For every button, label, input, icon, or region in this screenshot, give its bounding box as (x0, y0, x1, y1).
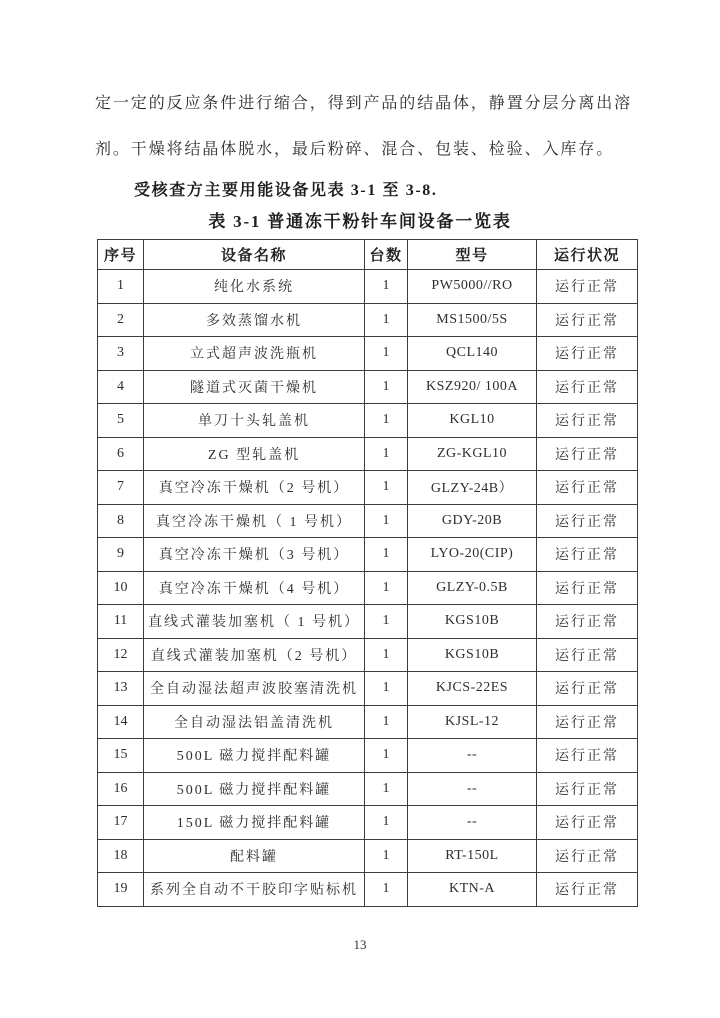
model-cell: RT-150L (408, 839, 537, 873)
index-cell: 17 (98, 806, 144, 840)
status-cell: 运行正常 (537, 672, 638, 706)
status-cell: 运行正常 (537, 270, 638, 304)
table-row: 12直线式灌装加塞机（2 号机）1KGS10B运行正常 (98, 638, 638, 672)
model-cell: -- (408, 739, 537, 773)
header-equipment: 设备名称 (144, 240, 365, 270)
index-cell: 11 (98, 605, 144, 639)
equipment-name-cell: 真空冷冻干燥机（3 号机） (144, 538, 365, 572)
header-status: 运行状况 (537, 240, 638, 270)
table-row: 4隧道式灭菌干燥机1KSZ920/ 100A运行正常 (98, 370, 638, 404)
status-cell: 运行正常 (537, 806, 638, 840)
status-cell: 运行正常 (537, 538, 638, 572)
model-cell: -- (408, 806, 537, 840)
index-cell: 12 (98, 638, 144, 672)
status-cell: 运行正常 (537, 303, 638, 337)
model-cell: KJCS-22ES (408, 672, 537, 706)
table-title: 表 3-1 普通冻干粉针车间设备一览表 (0, 207, 720, 232)
equipment-name-cell: 系列全自动不干胶印字贴标机 (144, 873, 365, 907)
quantity-cell: 1 (365, 839, 408, 873)
model-cell: MS1500/5S (408, 303, 537, 337)
quantity-cell: 1 (365, 739, 408, 773)
status-cell: 运行正常 (537, 504, 638, 538)
quantity-cell: 1 (365, 672, 408, 706)
index-cell: 6 (98, 437, 144, 471)
index-cell: 18 (98, 839, 144, 873)
index-cell: 10 (98, 571, 144, 605)
status-cell: 运行正常 (537, 605, 638, 639)
quantity-cell: 1 (365, 605, 408, 639)
status-cell: 运行正常 (537, 404, 638, 438)
table-row: 7真空冷冻干燥机（2 号机）1GLZY-24B）运行正常 (98, 471, 638, 505)
model-cell: KGS10B (408, 638, 537, 672)
status-cell: 运行正常 (537, 638, 638, 672)
equipment-name-cell: 真空冷冻干燥机（ 1 号机） (144, 504, 365, 538)
equipment-name-cell: 直线式灌装加塞机（ 1 号机） (144, 605, 365, 639)
quantity-cell: 1 (365, 873, 408, 907)
quantity-cell: 1 (365, 404, 408, 438)
equipment-table: 序号 设备名称 台数 型号 运行状况 1纯化水系统1PW5000//RO运行正常… (97, 239, 638, 907)
index-cell: 16 (98, 772, 144, 806)
equipment-name-cell: 单刀十头轧盖机 (144, 404, 365, 438)
quantity-cell: 1 (365, 303, 408, 337)
table-row: 2多效蒸馏水机1MS1500/5S运行正常 (98, 303, 638, 337)
table-row: 1纯化水系统1PW5000//RO运行正常 (98, 270, 638, 304)
model-cell: KSZ920/ 100A (408, 370, 537, 404)
index-cell: 4 (98, 370, 144, 404)
index-cell: 9 (98, 538, 144, 572)
index-cell: 19 (98, 873, 144, 907)
status-cell: 运行正常 (537, 772, 638, 806)
index-cell: 3 (98, 337, 144, 371)
quantity-cell: 1 (365, 538, 408, 572)
lead-sentence: 受核查方主要用能设备见表 3-1 至 3-8. (134, 177, 437, 200)
equipment-name-cell: 配料罐 (144, 839, 365, 873)
body-paragraph-line-1: 定一定的反应条件进行缩合，得到产品的结晶体，静置分层分离出溶 (95, 90, 640, 113)
index-cell: 5 (98, 404, 144, 438)
header-model: 型号 (408, 240, 537, 270)
equipment-name-cell: 500L 磁力搅拌配料罐 (144, 772, 365, 806)
table-row: 15500L 磁力搅拌配料罐1--运行正常 (98, 739, 638, 773)
header-index: 序号 (98, 240, 144, 270)
model-cell: PW5000//RO (408, 270, 537, 304)
table-row: 10真空冷冻干燥机（4 号机）1GLZY-0.5B运行正常 (98, 571, 638, 605)
equipment-name-cell: 多效蒸馏水机 (144, 303, 365, 337)
equipment-table-body: 1纯化水系统1PW5000//RO运行正常2多效蒸馏水机1MS1500/5S运行… (98, 270, 638, 907)
equipment-name-cell: 立式超声波洗瓶机 (144, 337, 365, 371)
index-cell: 14 (98, 705, 144, 739)
quantity-cell: 1 (365, 806, 408, 840)
table-row: 17150L 磁力搅拌配料罐1--运行正常 (98, 806, 638, 840)
quantity-cell: 1 (365, 437, 408, 471)
index-cell: 13 (98, 672, 144, 706)
status-cell: 运行正常 (537, 370, 638, 404)
model-cell: KGS10B (408, 605, 537, 639)
table-header-row: 序号 设备名称 台数 型号 运行状况 (98, 240, 638, 270)
equipment-name-cell: 150L 磁力搅拌配料罐 (144, 806, 365, 840)
header-quantity: 台数 (365, 240, 408, 270)
model-cell: KTN-A (408, 873, 537, 907)
index-cell: 2 (98, 303, 144, 337)
table-row: 18配料罐1RT-150L运行正常 (98, 839, 638, 873)
quantity-cell: 1 (365, 370, 408, 404)
model-cell: KJSL-12 (408, 705, 537, 739)
status-cell: 运行正常 (537, 705, 638, 739)
quantity-cell: 1 (365, 270, 408, 304)
table-row: 3立式超声波洗瓶机1QCL140运行正常 (98, 337, 638, 371)
table-row: 14全自动湿法铝盖清洗机1KJSL-12运行正常 (98, 705, 638, 739)
model-cell: QCL140 (408, 337, 537, 371)
index-cell: 15 (98, 739, 144, 773)
equipment-name-cell: 500L 磁力搅拌配料罐 (144, 739, 365, 773)
table-row: 5单刀十头轧盖机1KGL10运行正常 (98, 404, 638, 438)
model-cell: GLZY-0.5B (408, 571, 537, 605)
equipment-name-cell: 真空冷冻干燥机（2 号机） (144, 471, 365, 505)
index-cell: 8 (98, 504, 144, 538)
equipment-name-cell: 直线式灌装加塞机（2 号机） (144, 638, 365, 672)
table-row: 9真空冷冻干燥机（3 号机）1LYO-20(CIP)运行正常 (98, 538, 638, 572)
body-paragraph-line-2: 剂。干燥将结晶体脱水，最后粉碎、混合、包装、检验、入库存。 (95, 136, 640, 159)
model-cell: GLZY-24B） (408, 471, 537, 505)
status-cell: 运行正常 (537, 873, 638, 907)
status-cell: 运行正常 (537, 571, 638, 605)
model-cell: GDY-20B (408, 504, 537, 538)
table-row: 13全自动湿法超声波胶塞清洗机1KJCS-22ES运行正常 (98, 672, 638, 706)
model-cell: KGL10 (408, 404, 537, 438)
equipment-name-cell: 全自动湿法铝盖清洗机 (144, 705, 365, 739)
quantity-cell: 1 (365, 337, 408, 371)
status-cell: 运行正常 (537, 839, 638, 873)
quantity-cell: 1 (365, 638, 408, 672)
status-cell: 运行正常 (537, 739, 638, 773)
equipment-name-cell: 真空冷冻干燥机（4 号机） (144, 571, 365, 605)
document-page: 定一定的反应条件进行缩合，得到产品的结晶体，静置分层分离出溶 剂。干燥将结晶体脱… (0, 0, 720, 1018)
equipment-name-cell: ZG 型轧盖机 (144, 437, 365, 471)
quantity-cell: 1 (365, 705, 408, 739)
page-number: 13 (0, 937, 720, 953)
table-row: 6ZG 型轧盖机1ZG-KGL10运行正常 (98, 437, 638, 471)
quantity-cell: 1 (365, 772, 408, 806)
equipment-name-cell: 纯化水系统 (144, 270, 365, 304)
equipment-name-cell: 隧道式灭菌干燥机 (144, 370, 365, 404)
index-cell: 7 (98, 471, 144, 505)
status-cell: 运行正常 (537, 437, 638, 471)
model-cell: LYO-20(CIP) (408, 538, 537, 572)
quantity-cell: 1 (365, 571, 408, 605)
quantity-cell: 1 (365, 504, 408, 538)
quantity-cell: 1 (365, 471, 408, 505)
table-row: 11直线式灌装加塞机（ 1 号机）1KGS10B运行正常 (98, 605, 638, 639)
model-cell: ZG-KGL10 (408, 437, 537, 471)
status-cell: 运行正常 (537, 337, 638, 371)
table-row: 19系列全自动不干胶印字贴标机1KTN-A运行正常 (98, 873, 638, 907)
table-row: 16500L 磁力搅拌配料罐1--运行正常 (98, 772, 638, 806)
index-cell: 1 (98, 270, 144, 304)
model-cell: -- (408, 772, 537, 806)
equipment-name-cell: 全自动湿法超声波胶塞清洗机 (144, 672, 365, 706)
table-row: 8真空冷冻干燥机（ 1 号机）1GDY-20B运行正常 (98, 504, 638, 538)
status-cell: 运行正常 (537, 471, 638, 505)
